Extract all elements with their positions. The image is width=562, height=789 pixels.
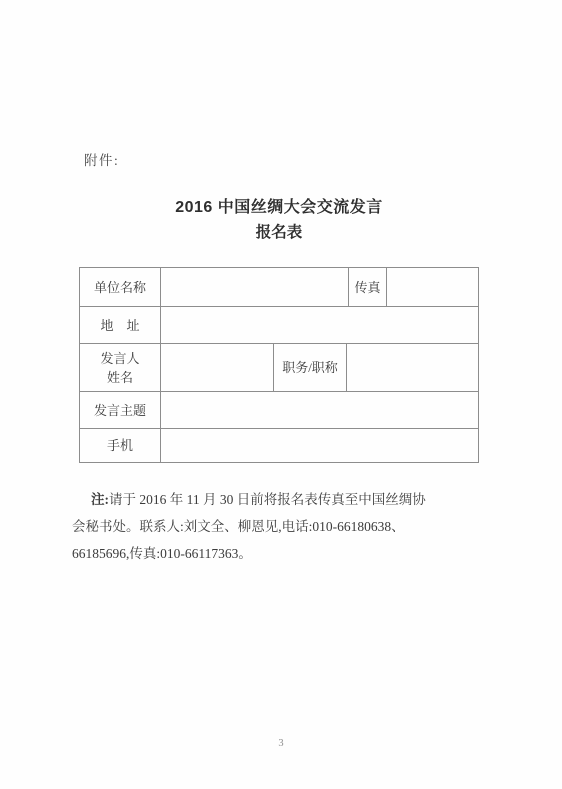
note-line-1: 注:请于 2016 年 11 月 30 日前将报名表传真至中国丝绸协 <box>72 486 474 513</box>
form-title: 2016 中国丝绸大会交流发言 <box>0 199 558 217</box>
position-title-value-cell <box>346 344 478 391</box>
speaker-name-label: 发言人 姓名 <box>80 344 160 391</box>
table-row-speaker: 发言人 姓名 职务/职称 <box>80 343 478 391</box>
table-row-mobile: 手机 <box>80 428 478 462</box>
fax-label: 传真 <box>348 268 386 306</box>
topic-value-cell <box>160 392 478 428</box>
fax-value-cell <box>386 268 478 306</box>
speaker-name-label-line2: 姓名 <box>107 368 133 387</box>
table-row-topic: 发言主题 <box>80 391 478 428</box>
unit-name-value-cell <box>160 268 348 306</box>
form-subtitle: 报名表 <box>0 224 558 241</box>
table-row-unit-name: 单位名称 传真 <box>80 268 478 306</box>
mobile-label: 手机 <box>80 429 160 462</box>
mobile-value-cell <box>160 429 478 462</box>
note-line-2: 会秘书处。联系人:刘文全、柳恩见,电话:010-66180638、 <box>72 513 474 540</box>
position-title-label: 职务/职称 <box>273 344 346 391</box>
scanned-document-page: 附件: 2016 中国丝绸大会交流发言 报名表 单位名称 传真 地 址 发言人 … <box>0 0 562 789</box>
note-label: 注: <box>91 492 109 507</box>
note-line-1-text: 请于 2016 年 11 月 30 日前将报名表传真至中国丝绸协 <box>109 492 426 507</box>
note-paragraph: 注:请于 2016 年 11 月 30 日前将报名表传真至中国丝绸协 会秘书处。… <box>72 486 474 567</box>
table-row-address: 地 址 <box>80 306 478 343</box>
form-title-block: 2016 中国丝绸大会交流发言 报名表 <box>0 199 558 241</box>
attachment-label: 附件: <box>84 149 119 169</box>
registration-table: 单位名称 传真 地 址 发言人 姓名 职务/职称 发言主题 手机 <box>79 267 479 463</box>
speaker-name-value-cell <box>160 344 273 391</box>
address-value-cell <box>160 307 478 343</box>
topic-label: 发言主题 <box>80 392 160 428</box>
note-line-3: 66185696,传真:010-66117363。 <box>72 540 474 567</box>
unit-name-label: 单位名称 <box>80 268 160 306</box>
page-number: 3 <box>0 738 562 749</box>
address-label: 地 址 <box>80 307 160 343</box>
speaker-name-label-line1: 发言人 <box>100 349 139 368</box>
